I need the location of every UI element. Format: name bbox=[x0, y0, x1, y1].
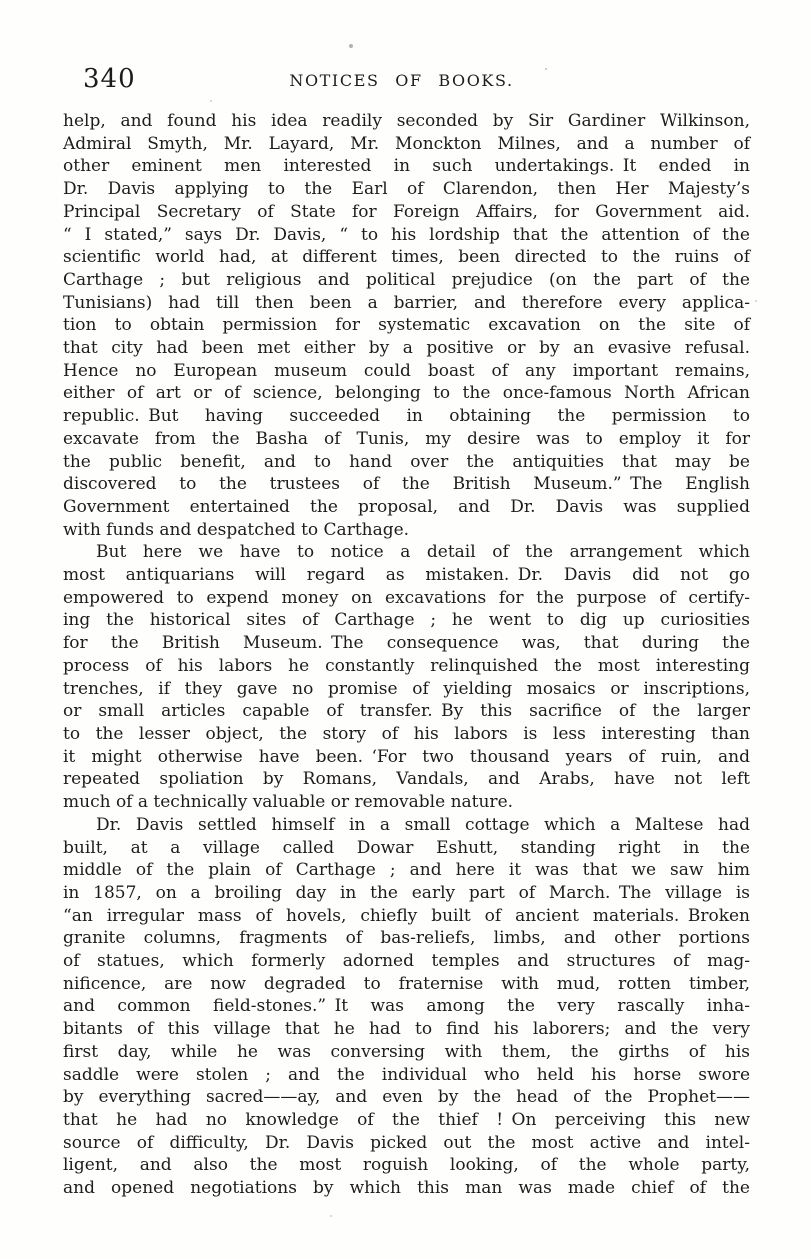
text-line: by everything sacred——ay, and even by th… bbox=[63, 1086, 750, 1109]
text-line: middle of the plain of Carthage ; and he… bbox=[63, 859, 750, 882]
text-line: ligent, and also the most roguish lookin… bbox=[63, 1154, 750, 1177]
text-line: in 1857, on a broiling day in the early … bbox=[63, 882, 750, 905]
text-line: excavate from the Basha of Tunis, my des… bbox=[63, 428, 750, 451]
text-line: source of difficulty, Dr. Davis picked o… bbox=[63, 1132, 750, 1155]
text-line: bitants of this village that he had to f… bbox=[63, 1018, 750, 1041]
text-line: or small articles capable of transfer. B… bbox=[63, 700, 750, 723]
page-body: help, and found his idea readily seconde… bbox=[63, 110, 750, 1200]
running-header: NOTICES OF BOOKS. bbox=[63, 71, 740, 90]
text-line: either of art or of science, belonging t… bbox=[63, 382, 750, 405]
text-line: tion to obtain permission for systematic… bbox=[63, 314, 750, 337]
text-line: Carthage ; but religious and political p… bbox=[63, 269, 750, 292]
text-line: and opened negotiations by which this ma… bbox=[63, 1177, 750, 1200]
text-line: Hence no European museum could boast of … bbox=[63, 360, 750, 383]
text-line: help, and found his idea readily seconde… bbox=[63, 110, 750, 133]
text-line: repeated spoliation by Romans, Vandals, … bbox=[63, 768, 750, 791]
text-line: Government entertained the proposal, and… bbox=[63, 496, 750, 519]
text-line: discovered to the trustees of the Britis… bbox=[63, 473, 750, 496]
text-line: that he had no knowledge of the thief ! … bbox=[63, 1109, 750, 1132]
text-line: first day, while he was conversing with … bbox=[63, 1041, 750, 1064]
text-line: trenches, if they gave no promise of yie… bbox=[63, 678, 750, 701]
text-line: for the British Museum. The consequence … bbox=[63, 632, 750, 655]
text-line: republic. But having succeeded in obtain… bbox=[63, 405, 750, 428]
text-line: empowered to expend money on excavations… bbox=[63, 587, 750, 610]
text-line: to the lesser object, the story of his l… bbox=[63, 723, 750, 746]
page-header: 340 NOTICES OF BOOKS. bbox=[63, 62, 750, 100]
text-line: the public benefit, and to hand over the… bbox=[63, 451, 750, 474]
text-line: But here we have to notice a detail of t… bbox=[63, 541, 750, 564]
paragraph: But here we have to notice a detail of t… bbox=[63, 541, 750, 813]
text-line: other eminent men interested in such und… bbox=[63, 155, 750, 178]
text-line: “an irregular mass of hovels, chiefly bu… bbox=[63, 905, 750, 928]
text-line: that city had been met either by a posit… bbox=[63, 337, 750, 360]
text-line: Admiral Smyth, Mr. Layard, Mr. Monckton … bbox=[63, 133, 750, 156]
text-line: scientific world had, at different times… bbox=[63, 246, 750, 269]
text-line: it might otherwise have been. ‘For two t… bbox=[63, 746, 750, 769]
text-line: process of his labors he constantly reli… bbox=[63, 655, 750, 678]
text-line: and common field-stones.” It was among t… bbox=[63, 995, 750, 1018]
text-line: nificence, are now degraded to fraternis… bbox=[63, 973, 750, 996]
text-line: much of a technically valuable or remova… bbox=[63, 791, 750, 814]
text-line: Dr. Davis settled himself in a small cot… bbox=[63, 814, 750, 837]
text-line: of statues, which formerly adorned templ… bbox=[63, 950, 750, 973]
text-line: most antiquarians will regard as mistake… bbox=[63, 564, 750, 587]
text-line: Principal Secretary of State for Foreign… bbox=[63, 201, 750, 224]
text-line: Dr. Davis applying to the Earl of Claren… bbox=[63, 178, 750, 201]
text-line: granite columns, fragments of bas-relief… bbox=[63, 927, 750, 950]
scan-specks bbox=[0, 0, 2, 2]
text-line: ing the historical sites of Carthage ; h… bbox=[63, 609, 750, 632]
text-line: Tunisians) had till then been a barrier,… bbox=[63, 292, 750, 315]
book-page: 340 NOTICES OF BOOKS. help, and found hi… bbox=[0, 0, 811, 1259]
paragraph: Dr. Davis settled himself in a small cot… bbox=[63, 814, 750, 1200]
text-line: with funds and despatched to Carthage. bbox=[63, 519, 750, 542]
text-line: built, at a village called Dowar Eshutt,… bbox=[63, 837, 750, 860]
text-line: saddle were stolen ; and the individual … bbox=[63, 1064, 750, 1087]
paragraph: help, and found his idea readily seconde… bbox=[63, 110, 750, 541]
text-line: “ I stated,” says Dr. Davis, “ to his lo… bbox=[63, 224, 750, 247]
